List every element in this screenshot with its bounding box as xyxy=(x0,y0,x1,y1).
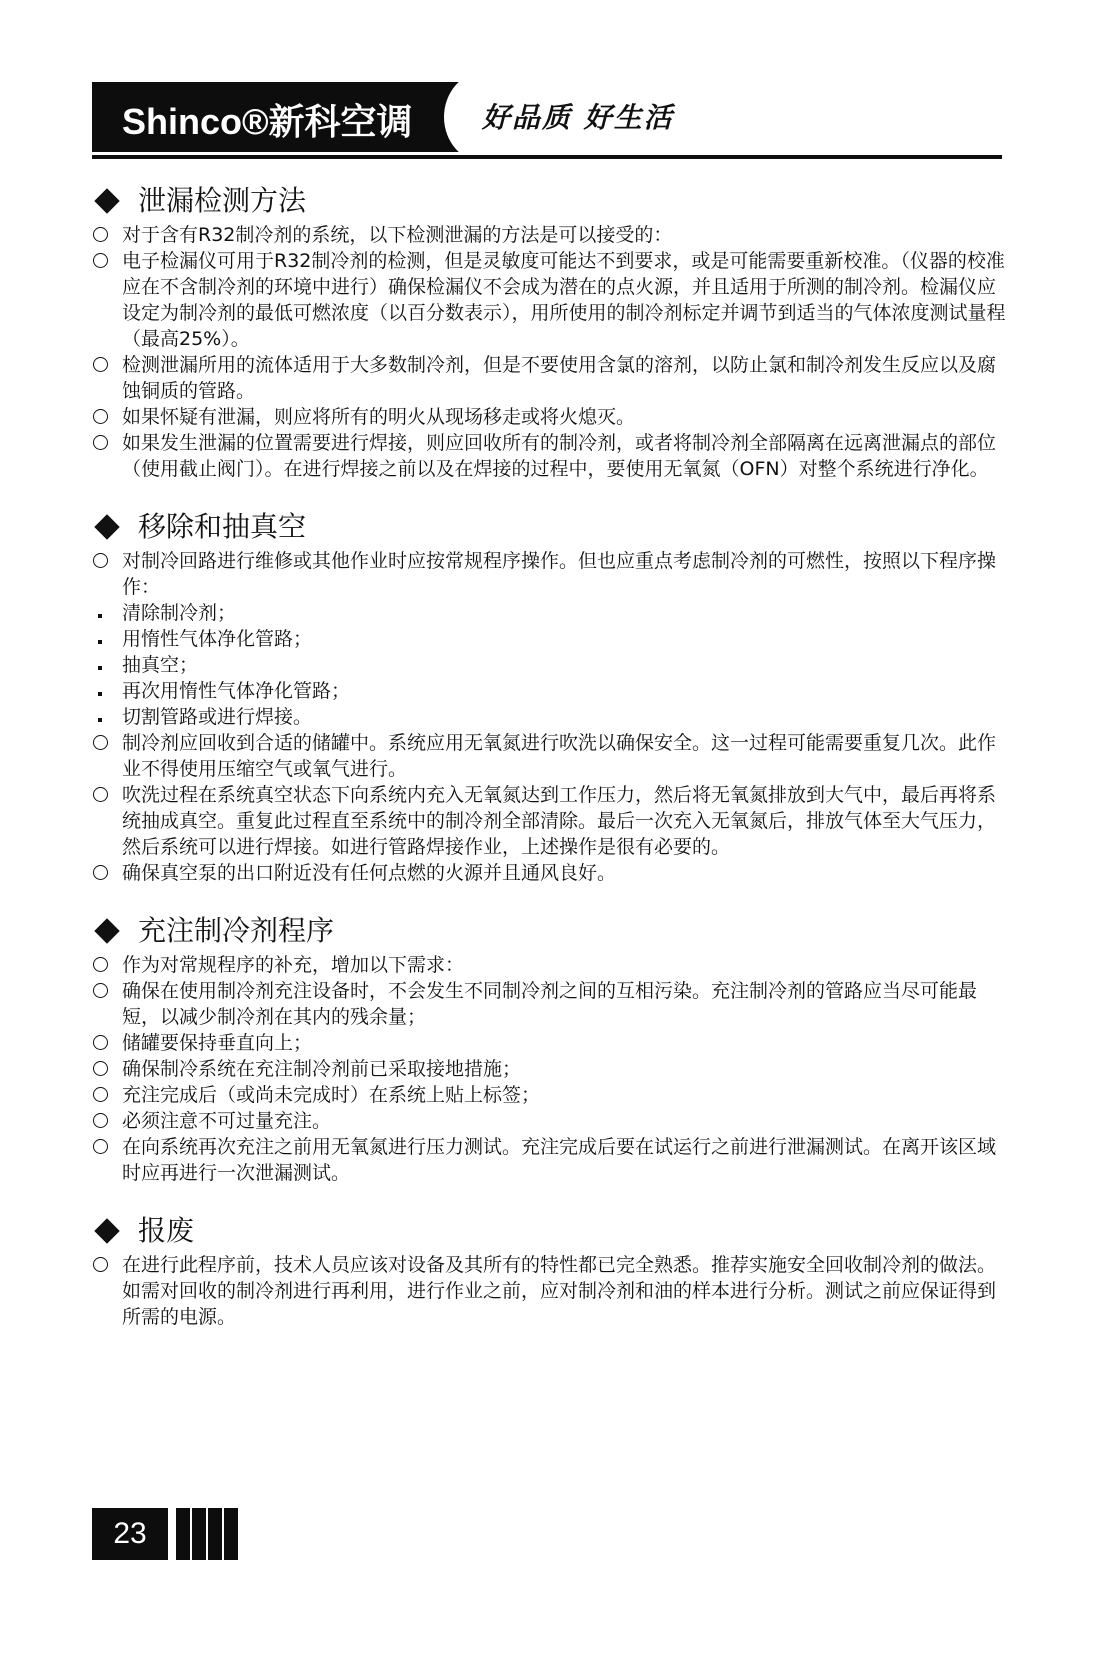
brand-logo-box: Shinco®新科空调 xyxy=(92,82,444,152)
circle-bullet-icon xyxy=(92,730,122,782)
dot-bullet-icon xyxy=(92,652,122,678)
section-title-text: 报废 xyxy=(138,1212,194,1250)
circle-bullet-icon xyxy=(92,248,122,352)
section-title: 泄漏检测方法 xyxy=(92,182,1012,220)
list-item-text: 在向系统再次充注之前用无氧氮进行压力测试。充注完成后要在试运行之前进行泄漏测试。… xyxy=(122,1134,1012,1186)
list-item-text: 抽真空； xyxy=(122,652,1012,678)
circle-bullet-icon xyxy=(92,952,122,978)
brand-logo: Shinco®新科空调 xyxy=(122,94,413,145)
circle-icon xyxy=(93,253,108,268)
circle-icon xyxy=(93,865,108,880)
circle-bullet-icon xyxy=(92,352,122,404)
list-item: 如果发生泄漏的位置需要进行焊接，则应回收所有的制冷剂，或者将制冷剂全部隔离在远离… xyxy=(92,430,1012,482)
dot-icon xyxy=(98,614,102,618)
section-title: 移除和抽真空 xyxy=(92,508,1012,546)
circle-bullet-icon xyxy=(92,860,122,886)
list-item: 确保在使用制冷剂充注设备时，不会发生不同制冷剂之间的互相污染。充注制冷剂的管路应… xyxy=(92,978,1012,1030)
list-item-text: 用惰性气体净化管路； xyxy=(122,626,1012,652)
circle-icon xyxy=(93,787,108,802)
list-item: 在向系统再次充注之前用无氧氮进行压力测试。充注完成后要在试运行之前进行泄漏测试。… xyxy=(92,1134,1012,1186)
list-item-text: 制冷剂应回收到合适的储罐中。系统应用无氧氮进行吹洗以确保安全。这一过程可能需要重… xyxy=(122,730,1012,782)
list-item-text: 作为对常规程序的补充，增加以下需求： xyxy=(122,952,1012,978)
section: 充注制冷剂程序作为对常规程序的补充，增加以下需求：确保在使用制冷剂充注设备时，不… xyxy=(92,912,1012,1186)
list-item: 电子检漏仪可用于R32制冷剂的检测，但是灵敏度可能达不到要求，或是可能需要重新校… xyxy=(92,248,1012,352)
dot-icon xyxy=(98,640,102,644)
list-item-text: 如果怀疑有泄漏，则应将所有的明火从现场移走或将火熄灭。 xyxy=(122,404,1012,430)
header-curve-decoration xyxy=(432,82,482,152)
list-item-text: 确保制冷系统在充注制冷剂前已采取接地措施； xyxy=(122,1056,1012,1082)
footer-bar-decoration xyxy=(176,1508,190,1560)
list-item: 吹洗过程在系统真空状态下向系统内充入无氧氮达到工作压力，然后将无氧氮排放到大气中… xyxy=(92,782,1012,860)
footer-bar-decoration xyxy=(192,1508,206,1560)
circle-bullet-icon xyxy=(92,1082,122,1108)
section: 泄漏检测方法对于含有R32制冷剂的系统，以下检测泄漏的方法是可以接受的：电子检漏… xyxy=(92,182,1012,482)
list-item: 必须注意不可过量充注。 xyxy=(92,1108,1012,1134)
diamond-bullet-icon xyxy=(94,188,119,213)
circle-bullet-icon xyxy=(92,1108,122,1134)
diamond-bullet-icon xyxy=(94,1218,119,1243)
list-item-text: 对于含有R32制冷剂的系统，以下检测泄漏的方法是可以接受的： xyxy=(122,222,1012,248)
circle-bullet-icon xyxy=(92,1030,122,1056)
list-item: 储罐要保持垂直向上； xyxy=(92,1030,1012,1056)
circle-bullet-icon xyxy=(92,978,122,1030)
circle-icon xyxy=(93,553,108,568)
list-item: 对于含有R32制冷剂的系统，以下检测泄漏的方法是可以接受的： xyxy=(92,222,1012,248)
circle-bullet-icon xyxy=(92,1056,122,1082)
page-number: 23 xyxy=(92,1508,168,1560)
circle-icon xyxy=(93,1257,108,1272)
dot-icon xyxy=(98,666,102,670)
list-item-text: 清除制冷剂； xyxy=(122,600,1012,626)
section: 移除和抽真空对制冷回路进行维修或其他作业时应按常规程序操作。但也应重点考虑制冷剂… xyxy=(92,508,1012,886)
list-item-text: 必须注意不可过量充注。 xyxy=(122,1108,1012,1134)
list-item-text: 对制冷回路进行维修或其他作业时应按常规程序操作。但也应重点考虑制冷剂的可燃性，按… xyxy=(122,548,1012,600)
list-item: 切割管路或进行焊接。 xyxy=(92,704,1012,730)
circle-icon xyxy=(93,1113,108,1128)
section-title: 报废 xyxy=(92,1212,1012,1250)
circle-bullet-icon xyxy=(92,782,122,860)
list-item: 制冷剂应回收到合适的储罐中。系统应用无氧氮进行吹洗以确保安全。这一过程可能需要重… xyxy=(92,730,1012,782)
list-item-text: 储罐要保持垂直向上； xyxy=(122,1030,1012,1056)
list-item: 确保制冷系统在充注制冷剂前已采取接地措施； xyxy=(92,1056,1012,1082)
list-item: 对制冷回路进行维修或其他作业时应按常规程序操作。但也应重点考虑制冷剂的可燃性，按… xyxy=(92,548,1012,600)
list-item-text: 电子检漏仪可用于R32制冷剂的检测，但是灵敏度可能达不到要求，或是可能需要重新校… xyxy=(122,248,1012,352)
diamond-bullet-icon xyxy=(94,918,119,943)
list-item: 用惰性气体净化管路； xyxy=(92,626,1012,652)
list-item: 在进行此程序前，技术人员应该对设备及其所有的特性都已完全熟悉。推荐实施安全回收制… xyxy=(92,1252,1012,1330)
list-item-text: 再次用惰性气体净化管路； xyxy=(122,678,1012,704)
circle-bullet-icon xyxy=(92,1252,122,1330)
dot-icon xyxy=(98,692,102,696)
section-title-text: 移除和抽真空 xyxy=(138,508,306,546)
document-body: 泄漏检测方法对于含有R32制冷剂的系统，以下检测泄漏的方法是可以接受的：电子检漏… xyxy=(92,182,1012,1356)
section: 报废在进行此程序前，技术人员应该对设备及其所有的特性都已完全熟悉。推荐实施安全回… xyxy=(92,1212,1012,1330)
list-item: 作为对常规程序的补充，增加以下需求： xyxy=(92,952,1012,978)
section-title-text: 充注制冷剂程序 xyxy=(138,912,334,950)
list-item-text: 在进行此程序前，技术人员应该对设备及其所有的特性都已完全熟悉。推荐实施安全回收制… xyxy=(122,1252,1012,1330)
footer-bar-decoration xyxy=(208,1508,222,1560)
list-item: 如果怀疑有泄漏，则应将所有的明火从现场移走或将火熄灭。 xyxy=(92,404,1012,430)
list-item: 检测泄漏所用的流体适用于大多数制冷剂，但是不要使用含氯的溶剂，以防止氯和制冷剂发… xyxy=(92,352,1012,404)
list-item-text: 如果发生泄漏的位置需要进行焊接，则应回收所有的制冷剂，或者将制冷剂全部隔离在远离… xyxy=(122,430,1012,482)
circle-bullet-icon xyxy=(92,548,122,600)
list-item: 再次用惰性气体净化管路； xyxy=(92,678,1012,704)
list-item: 清除制冷剂； xyxy=(92,600,1012,626)
circle-icon xyxy=(93,227,108,242)
dot-icon xyxy=(98,718,102,722)
section-title: 充注制冷剂程序 xyxy=(92,912,1012,950)
footer-bar-decoration xyxy=(224,1508,238,1560)
circle-icon xyxy=(93,1035,108,1050)
circle-icon xyxy=(93,983,108,998)
list-item-text: 吹洗过程在系统真空状态下向系统内充入无氧氮达到工作压力，然后将无氧氮排放到大气中… xyxy=(122,782,1012,860)
dot-bullet-icon xyxy=(92,626,122,652)
circle-icon xyxy=(93,957,108,972)
list-item-text: 检测泄漏所用的流体适用于大多数制冷剂，但是不要使用含氯的溶剂，以防止氯和制冷剂发… xyxy=(122,352,1012,404)
circle-icon xyxy=(93,1087,108,1102)
circle-bullet-icon xyxy=(92,1134,122,1186)
dot-bullet-icon xyxy=(92,704,122,730)
circle-bullet-icon xyxy=(92,222,122,248)
circle-icon xyxy=(93,1139,108,1154)
section-title-text: 泄漏检测方法 xyxy=(138,182,306,220)
list-item-text: 充注完成后（或尚未完成时）在系统上贴上标签； xyxy=(122,1082,1012,1108)
list-item: 充注完成后（或尚未完成时）在系统上贴上标签； xyxy=(92,1082,1012,1108)
diamond-bullet-icon xyxy=(94,514,119,539)
dot-bullet-icon xyxy=(92,600,122,626)
header-divider xyxy=(92,155,1002,159)
circle-icon xyxy=(93,435,108,450)
circle-icon xyxy=(93,409,108,424)
circle-bullet-icon xyxy=(92,404,122,430)
list-item-text: 切割管路或进行焊接。 xyxy=(122,704,1012,730)
circle-icon xyxy=(93,735,108,750)
list-item-text: 确保在使用制冷剂充注设备时，不会发生不同制冷剂之间的互相污染。充注制冷剂的管路应… xyxy=(122,978,1012,1030)
circle-bullet-icon xyxy=(92,430,122,482)
circle-icon xyxy=(93,357,108,372)
list-item-text: 确保真空泵的出口附近没有任何点燃的火源并且通风良好。 xyxy=(122,860,1012,886)
list-item: 抽真空； xyxy=(92,652,1012,678)
dot-bullet-icon xyxy=(92,678,122,704)
circle-icon xyxy=(93,1061,108,1076)
page-header: Shinco®新科空调 好品质 好生活 xyxy=(92,82,1002,154)
list-item: 确保真空泵的出口附近没有任何点燃的火源并且通风良好。 xyxy=(92,860,1012,886)
slogan: 好品质 好生活 xyxy=(482,96,674,136)
